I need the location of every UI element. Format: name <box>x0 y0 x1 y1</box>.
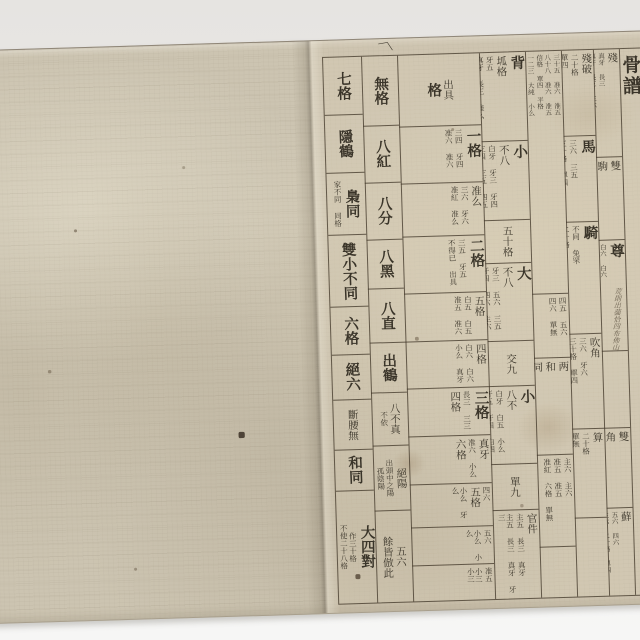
text-run: 八黑 <box>377 249 393 279</box>
text-run: 八不真 <box>389 403 401 435</box>
table-cell: 八紅 <box>363 125 401 184</box>
table-cell: 雙角三四 三五 牙四 <box>604 428 632 508</box>
text-run: 單九 <box>509 476 520 497</box>
text-run: 和同 <box>346 455 362 485</box>
text-run: 不同 兔罘 <box>571 226 580 265</box>
text-run: 雙 <box>609 160 620 171</box>
table-cell: 五格白五 白五准五 准六 <box>404 292 487 342</box>
text-run: 三十格 單四 <box>569 337 578 384</box>
text-run: 五六 <box>395 546 406 567</box>
table-cell: 背坬格牙五真牙 長三 准么 <box>479 52 528 143</box>
text-run: 小 <box>518 389 534 404</box>
table-cell: 准么三六 牙六准紅 准么 <box>401 182 485 237</box>
table-cell: 六格 <box>330 307 369 355</box>
left-page <box>0 41 326 623</box>
text-run: 小么 真牙 <box>455 343 464 382</box>
text-run: 真牙 長三 主六 <box>593 53 597 108</box>
text-run: 騎 <box>581 225 596 240</box>
text-run: 不八 <box>501 266 513 287</box>
text-run: 蘚 <box>620 511 631 522</box>
text-run: 算 <box>591 432 602 443</box>
text-run: 真牙 長三 准么 <box>479 56 484 119</box>
text-run: 八紅 <box>374 139 390 169</box>
table-cell <box>602 351 630 429</box>
text-run: 信格 單四 平格 <box>535 54 543 109</box>
text-run: 真牙 <box>477 439 489 460</box>
text-run: 二十格 <box>570 53 578 76</box>
text-run: 小 <box>510 144 526 159</box>
table-cell: 斷腰無 <box>333 400 372 451</box>
text-run: 三五 牙五 <box>457 239 466 278</box>
text-run: 背 <box>508 55 523 70</box>
text-run: 二十格 <box>581 433 589 456</box>
text-run: 准五 <box>484 567 492 582</box>
text-run: 白牙 牙三 牙四 <box>487 145 497 208</box>
text-run: 三四 牙四 <box>454 128 463 167</box>
text-run: 八不 <box>505 390 517 411</box>
table-cell: 五六餘皆倣此 <box>375 511 414 603</box>
table-cell: 蘚五六 四六主六 二十格 單四 <box>607 508 636 596</box>
table-cell: 馬三六 三五三十格 單四 <box>563 136 598 223</box>
table-cell: 四六五格小么 牙么 <box>410 483 493 528</box>
text-run: 三六 三五 <box>568 140 577 179</box>
text-run: 格 <box>425 83 440 98</box>
text-run: 餘皆倣此 <box>381 536 393 578</box>
text-run: 大四對 <box>358 525 374 569</box>
text-run: 斷腰無 <box>347 409 359 441</box>
table-cell: 絕陽出頭中之陽孤陰陽 <box>373 446 411 512</box>
text-run: 准么 <box>470 185 481 206</box>
table-cell: 小不八白牙 牙三 牙四三四 三五 四五 <box>482 141 530 220</box>
table-cell: 騎不同 兔罘二十格 <box>566 222 601 334</box>
text-run: 五格 <box>469 486 480 507</box>
table-cell: 尊白六 白六白牙 白五 白四 <box>599 240 628 352</box>
table-cell: 雙小不同 <box>328 235 368 308</box>
text-run: 角 <box>604 432 615 443</box>
table-cell: 八直 <box>368 289 406 343</box>
text-run: 八分 <box>376 197 392 226</box>
text-run: 六格 <box>342 316 358 345</box>
text-run: 無格 <box>372 76 388 105</box>
manuscript-table: 〉 荒則出蔃恰四布佈山 骨譜 七格隱鶴梟同家不同 同格雙小不同六格絕六斷腰無和同… <box>322 47 640 605</box>
text-run: 一二三 大純 小么 <box>526 55 534 117</box>
text-run: 出頭中之陽 <box>385 459 394 497</box>
text-run: 出具 <box>442 79 453 100</box>
text-run: 不得已 出具 <box>447 239 457 286</box>
text-run: 三六 牙六 <box>460 186 469 225</box>
text-run: 三十格 單四 <box>563 140 568 187</box>
text-run: 四六 單無 <box>548 297 557 336</box>
text-run: 不依 <box>379 412 387 427</box>
table-cell: 大不八牙三 五六 三五牙四 四六 主六 <box>485 263 533 342</box>
table-cell: 梟同家不同 同格 <box>326 173 366 236</box>
table-cell: 三格長三 三三四格 <box>407 387 490 438</box>
table-cell: 四格白六 白六小么 真牙 <box>405 340 488 390</box>
text-run: 七格 <box>335 71 351 100</box>
text-run: 四六 <box>482 486 490 501</box>
table-cell: 五十格 <box>484 219 531 264</box>
text-run: 白牙 白五 小么 <box>495 390 505 453</box>
text-run: 雙小不同 <box>340 242 358 301</box>
table-cell: 五六小么 小么 <box>411 526 494 567</box>
table-cell: 两和同小么 真牙 長三六格 單無 <box>534 358 573 456</box>
text-run: 白六 白六 <box>464 343 473 382</box>
text-run: 駒 <box>596 160 607 171</box>
text-run: 交九 <box>505 353 516 374</box>
table-cell: 出鶴 <box>370 342 407 393</box>
table-cell: 官件主五 長三 真牙主五 長三 真牙 牙三 <box>493 509 542 599</box>
table-cell: 八分 <box>365 183 403 240</box>
table-cell: 交九 <box>488 341 535 388</box>
text-run: 尊 <box>608 243 623 258</box>
text-run: 隱鶴 <box>336 129 352 159</box>
table-cell: 七格 <box>323 57 363 116</box>
text-run: 八直 <box>379 301 395 330</box>
table-cell: 隱鶴 <box>325 115 365 174</box>
text-run: 一格 <box>464 128 480 158</box>
table-cell: 出具格 <box>397 53 481 127</box>
text-run: 三格 <box>472 390 488 419</box>
text-run: 小三 小三 <box>467 568 483 597</box>
book-title: 骨譜 <box>619 55 640 98</box>
text-run: 真牙 長三 <box>597 53 604 87</box>
table-cell: 二格三五 牙五不得已 出具 <box>402 235 486 295</box>
text-run: 孤陰陽 <box>376 467 385 490</box>
text-run: 不八 <box>497 145 509 166</box>
text-run: 雙 <box>617 431 628 442</box>
photo-background: { "photo": { "palette": { "background_to… <box>0 0 640 640</box>
text-run: 吹角 <box>588 337 600 358</box>
table-cell: 和同 <box>335 449 374 491</box>
table-cell: 殘真牙 長三真牙 長三 主六 <box>593 49 622 157</box>
book-spread: 〉 荒則出蔃恰四布佈山 骨譜 七格隱鶴梟同家不同 同格雙小不同六格絕六斷腰無和同… <box>0 30 640 624</box>
table-cell: 大四對作三十格不使二十八格 <box>336 490 377 603</box>
text-run: 准六 准六 <box>444 129 453 168</box>
table-cell: 算二十格單無 <box>572 429 607 519</box>
text-run: 梟同 <box>343 189 359 218</box>
table-cell: 一格三四 牙四准六 准六 <box>399 125 483 185</box>
table-cell: 雙駒白六 白五 三六 <box>596 157 624 241</box>
text-run: 作三十格 <box>349 532 357 562</box>
text-run: 同 <box>534 361 542 372</box>
text-run: 官件 <box>525 512 537 533</box>
text-run: 牙三 五六 三五 <box>491 267 501 330</box>
text-run: 主六 主六 <box>563 457 572 496</box>
table-cell: 主六 主六准五 准五准紅 六格 單無 <box>537 454 576 547</box>
text-run: 牙五 <box>485 56 493 71</box>
text-run: 五六 四六 <box>611 511 619 545</box>
text-run: 二格 <box>467 238 483 268</box>
text-run: 絕陽 <box>395 467 407 488</box>
text-run: 五六 <box>483 529 491 544</box>
text-run: 單無 <box>572 433 580 448</box>
text-run: 四格 <box>449 391 460 412</box>
table-cell <box>540 546 577 597</box>
table-cell: 單九 <box>491 464 538 511</box>
text-run: 四格 <box>474 343 486 364</box>
text-run: 准六 小么 <box>467 439 476 478</box>
table-cell: 准五小三 小三 <box>412 564 495 601</box>
text-run: 准紅 六格 單無 <box>543 458 553 521</box>
text-run: 和 <box>544 361 555 372</box>
table-cell <box>575 518 609 597</box>
text-run: 三六 牙六 <box>578 337 587 376</box>
text-run: 小么 小么 <box>465 529 482 561</box>
text-run: 三十五 准六 淮五 <box>553 54 561 116</box>
text-run: 六格 <box>454 439 466 460</box>
text-run: 出鶴 <box>380 353 396 383</box>
text-run: 二十格 <box>566 226 570 249</box>
text-run: 主五 長三 真牙 牙三 <box>498 513 517 596</box>
text-run: 馬 <box>578 139 594 154</box>
table-cell: 絕六 <box>332 354 371 401</box>
text-run: 准紅 准么 <box>450 186 459 225</box>
text-run: 小么 牙么 <box>451 487 467 523</box>
text-run: 主五 長三 真牙 <box>515 513 525 576</box>
table-cell: 真牙准六 小么六格 <box>408 436 491 486</box>
text-run: 五格 <box>473 296 484 317</box>
text-run: 殘破 <box>580 53 591 74</box>
text-run: 大 <box>514 266 530 281</box>
text-run: 殘 <box>606 52 617 63</box>
table-cell: 吹角三六 牙六三十格 單四 <box>569 334 604 430</box>
table-cell: 小八不白牙 白五 小么牙五 牙四 白四 三五 <box>489 386 537 465</box>
text-run: 白五 白五 <box>463 296 472 335</box>
text-run: 八十八 准六 准五 <box>544 54 552 116</box>
text-run: 家不同 同格 <box>333 181 342 228</box>
text-run: 两 <box>557 361 568 372</box>
table-cell: 八不真不依 <box>371 392 409 446</box>
text-run: 四五 五六 <box>558 297 567 336</box>
text-run: 單四 <box>561 54 569 69</box>
text-run: 五十格 <box>502 225 514 257</box>
text-run: 不使二十八格 <box>339 525 348 570</box>
text-run: 准五 准五 <box>553 458 562 497</box>
text-run: 白六 白六 <box>599 244 606 278</box>
text-run: 坬格 <box>495 56 506 77</box>
text-run: 長三 三三 <box>462 391 471 430</box>
table-cell: 殘破二十格單四 <box>561 50 596 137</box>
text-run: 准五 准六 <box>454 296 463 335</box>
text-run: 絕六 <box>343 362 359 392</box>
table-cell: 無格 <box>361 56 399 127</box>
table-cell: 八黑 <box>366 239 403 290</box>
table-cell: 四五 五六四六 單無 <box>532 294 570 359</box>
